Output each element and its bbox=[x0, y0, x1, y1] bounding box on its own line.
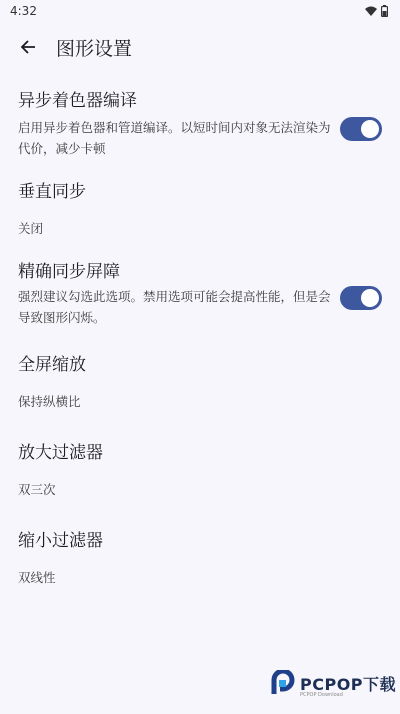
page-title: 图形设置 bbox=[56, 34, 132, 61]
setting-sync-barrier[interactable]: 精确同步屏障 强烈建议勾选此选项。禁用选项可能会提高性能，但是会导致图形闪烁。 bbox=[0, 257, 400, 328]
settings-list: 异步着色器编译 启用异步着色器和管道编译。以短时间内对象无法渲染为代价，减少卡顿… bbox=[0, 86, 400, 588]
setting-summary: 关闭 bbox=[18, 218, 382, 239]
setting-summary: 强烈建议勾选此选项。禁用选项可能会提高性能，但是会导致图形闪烁。 bbox=[18, 286, 340, 328]
setting-summary: 启用异步着色器和管道编译。以短时间内对象无法渲染为代价，减少卡顿 bbox=[18, 117, 340, 159]
setting-title: 放大过滤器 bbox=[18, 438, 382, 463]
setting-summary: 保持纵横比 bbox=[18, 391, 382, 412]
setting-summary: 双线性 bbox=[18, 567, 382, 588]
setting-title: 垂直同步 bbox=[18, 177, 382, 202]
status-time: 4:32 bbox=[10, 4, 37, 18]
status-bar: 4:32 bbox=[0, 0, 400, 22]
setting-vsync[interactable]: 垂直同步 关闭 bbox=[0, 177, 400, 239]
setting-magnify-filter[interactable]: 放大过滤器 双三次 bbox=[0, 438, 400, 500]
setting-title: 精确同步屏障 bbox=[18, 257, 382, 282]
battery-icon bbox=[381, 5, 388, 17]
sync-barrier-switch[interactable] bbox=[340, 286, 382, 310]
async-shader-switch[interactable] bbox=[340, 117, 382, 141]
setting-title: 异步着色器编译 bbox=[18, 86, 382, 111]
setting-fullscreen-scaling[interactable]: 全屏缩放 保持纵横比 bbox=[0, 350, 400, 412]
setting-title: 缩小过滤器 bbox=[18, 526, 382, 551]
arrow-back-icon bbox=[20, 39, 36, 55]
pcpop-logo-icon bbox=[270, 670, 296, 696]
setting-summary: 双三次 bbox=[18, 479, 382, 500]
wifi-icon bbox=[365, 6, 377, 16]
back-button[interactable] bbox=[18, 37, 38, 57]
watermark-logo: PCPOP下载 PCPOP Download bbox=[270, 670, 396, 696]
setting-async-shader[interactable]: 异步着色器编译 启用异步着色器和管道编译。以短时间内对象无法渲染为代价，减少卡顿 bbox=[0, 86, 400, 159]
setting-minify-filter[interactable]: 缩小过滤器 双线性 bbox=[0, 526, 400, 588]
app-bar: 图形设置 bbox=[0, 22, 400, 72]
watermark-subtext: PCPOP Download bbox=[300, 692, 343, 698]
setting-title: 全屏缩放 bbox=[18, 350, 382, 375]
